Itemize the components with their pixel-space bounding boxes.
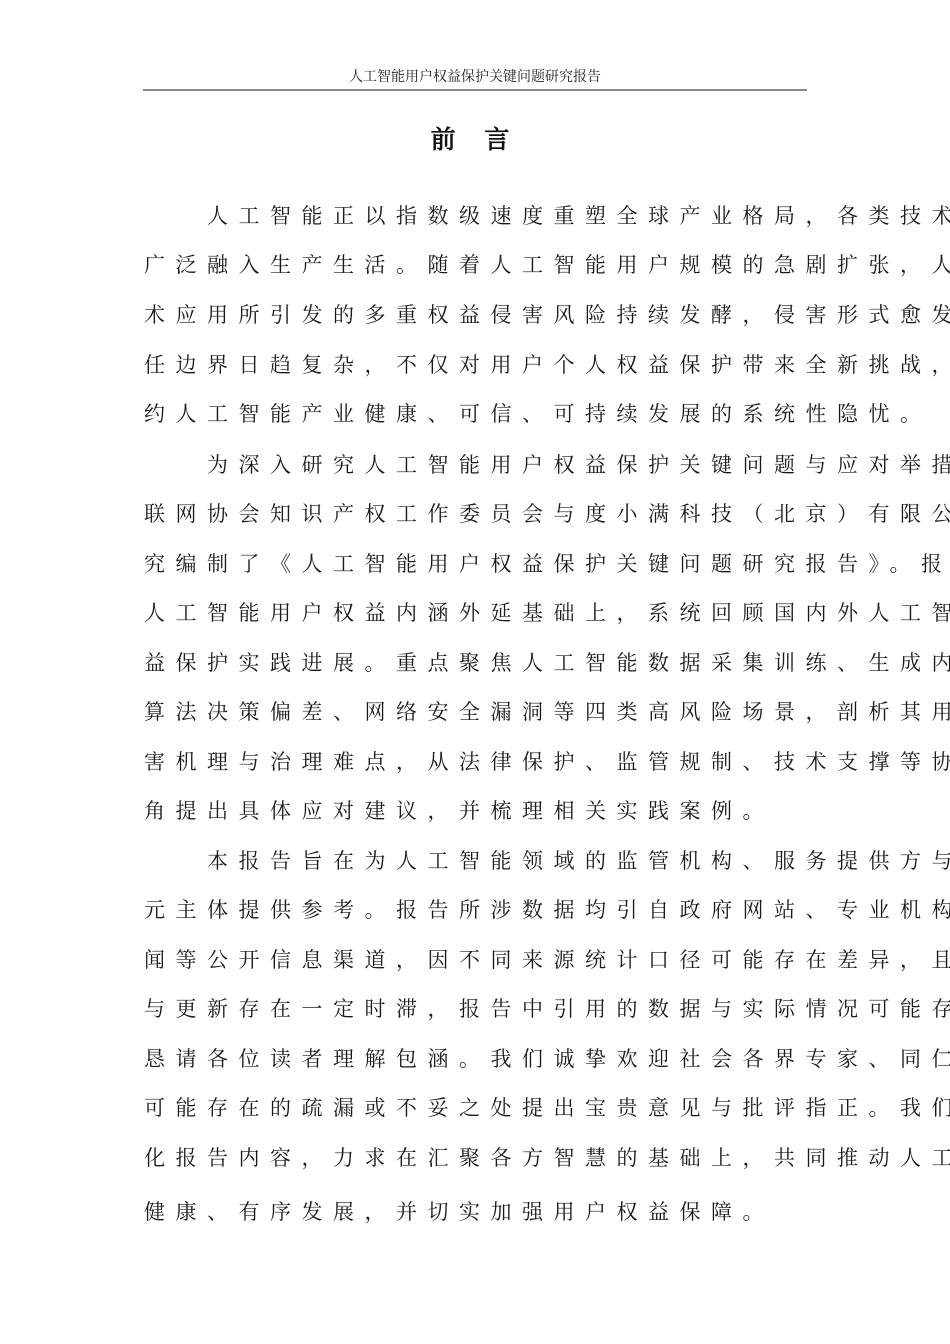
text-line: 健康、有序发展，并切实加强用户权益保障。 xyxy=(144,1198,824,1226)
running-header: 人工智能用户权益保护关键问题研究报告 xyxy=(143,68,807,86)
text-line: 联网协会知识产权工作委员会与度小满科技（北京）有限公司联合研 xyxy=(144,500,824,528)
text-line: 角提出具体应对建议，并梳理相关实践案例。 xyxy=(144,797,824,825)
text-line: 恳请各位读者理解包涵。我们诚挚欢迎社会各界专家、同仁对本报告 xyxy=(144,1045,824,1073)
text-line: 闻等公开信息渠道，因不同来源统计口径可能存在差异，且信息发布 xyxy=(144,946,824,974)
text-line: 约人工智能产业健康、可信、可持续发展的系统性隐忧。 xyxy=(144,400,824,428)
text-line: 术应用所引发的多重权益侵害风险持续发酵，侵害形式愈发隐蔽、责 xyxy=(144,301,824,329)
text-line: 人工智能正以指数级速度重塑全球产业格局，各类技术应用形态 xyxy=(207,202,887,230)
text-line: 算法决策偏差、网络安全漏洞等四类高风险场景，剖析其用户权益侵 xyxy=(144,698,824,726)
text-line: 本报告旨在为人工智能领域的监管机构、服务提供方与用户等多 xyxy=(207,847,887,875)
header-divider xyxy=(143,89,807,91)
text-line: 为深入研究人工智能用户权益保护关键问题与应对举措，中国互 xyxy=(207,451,887,479)
text-line: 与更新存在一定时滞，报告中引用的数据与实际情况可能存在偏差， xyxy=(144,995,824,1023)
text-line: 广泛融入生产生活。随着人工智能用户规模的急剧扩张，人工智能技 xyxy=(144,251,824,279)
text-line: 究编制了《人工智能用户权益保护关键问题研究报告》。报告在厘清 xyxy=(144,550,824,578)
text-line: 元主体提供参考。报告所涉数据均引自政府网站、专业机构、官方新 xyxy=(144,896,824,924)
text-line: 可能存在的疏漏或不妥之处提出宝贵意见与批评指正。我们将持续优 xyxy=(144,1094,824,1122)
text-line: 化报告内容，力求在汇聚各方智慧的基础上，共同推动人工智能产业 xyxy=(144,1144,824,1172)
text-line: 人工智能用户权益内涵外延基础上，系统回顾国内外人工智能用户权 xyxy=(144,599,824,627)
text-line: 任边界日趋复杂，不仅对用户个人权益保护带来全新挑战，更成为制 xyxy=(144,351,824,379)
page-title: 前 言 xyxy=(0,124,950,156)
text-line: 害机理与治理难点，从法律保护、监管规制、技术支撑等协同治理视 xyxy=(144,748,824,776)
text-line: 益保护实践进展。重点聚焦人工智能数据采集训练、生成内容失范、 xyxy=(144,649,824,677)
